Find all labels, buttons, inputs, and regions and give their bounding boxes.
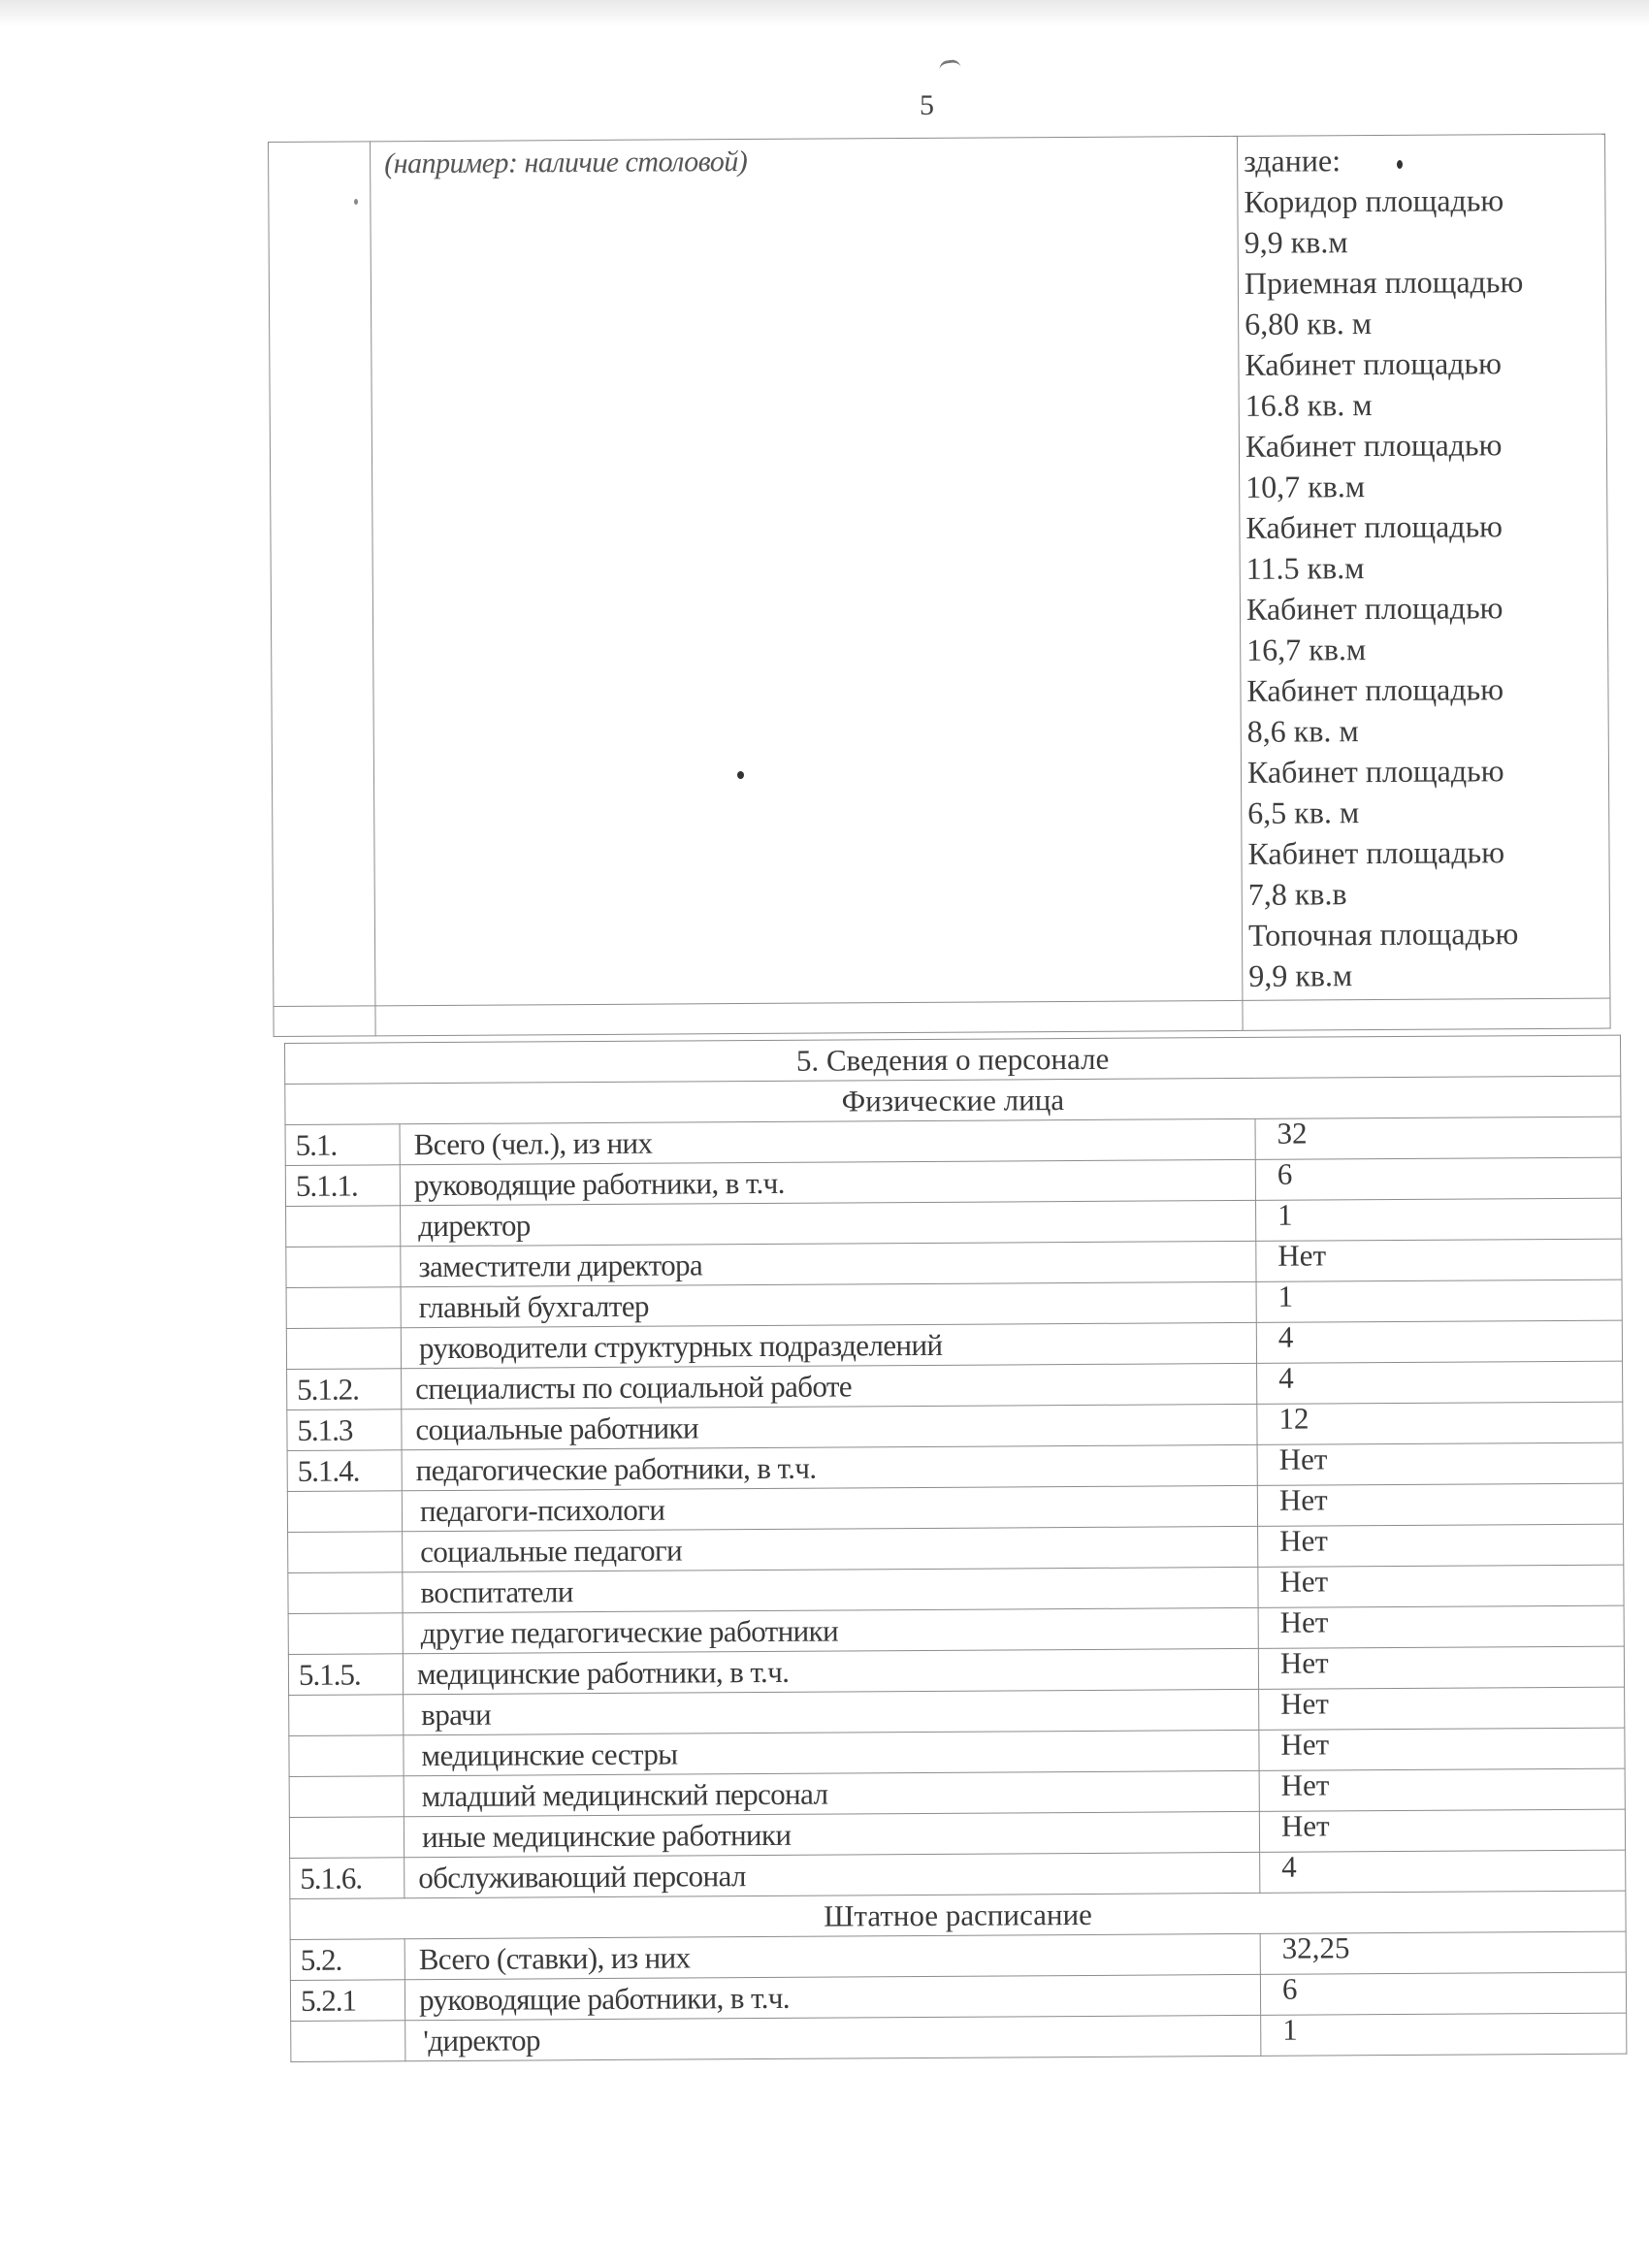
row-value: Нет xyxy=(1259,1768,1625,1811)
rooms-line: 9,9 кв.м xyxy=(1248,954,1605,996)
personnel-table: 5. Сведения о персонале Физические лица … xyxy=(284,1035,1627,2062)
row-number: 5.1.4. xyxy=(287,1450,402,1492)
rooms-line: 16,7 кв.м xyxy=(1246,628,1603,670)
row-value: Нет xyxy=(1257,1483,1623,1526)
row-label: 'директор xyxy=(405,2015,1261,2060)
rooms-line: Топочная площадью xyxy=(1248,913,1605,956)
row-value: 4 xyxy=(1257,1361,1623,1404)
row-number: 5.1.3 xyxy=(287,1409,402,1451)
rooms-line: Кабинет площадью xyxy=(1245,342,1601,385)
row-label: специалисты по социальной работе xyxy=(402,1363,1257,1409)
row-label: заместители директора xyxy=(401,1241,1256,1286)
facilities-example-label: (например: наличие столовой) xyxy=(371,137,1237,180)
row-number: 5.1.1. xyxy=(285,1165,400,1207)
rooms-line: Кабинет площадью xyxy=(1245,505,1602,548)
row-number xyxy=(289,1695,404,1736)
row-value: 6 xyxy=(1260,1972,1626,2015)
row-number xyxy=(288,1532,403,1573)
scan-speck xyxy=(354,199,358,205)
row-value: Нет xyxy=(1257,1442,1623,1485)
row-number xyxy=(289,1735,404,1777)
rooms-line: Коридор площадью xyxy=(1244,179,1600,222)
row-number xyxy=(286,1328,401,1370)
rooms-list: здание:Коридор площадью9,9 кв.мПриемная … xyxy=(1238,135,1609,1000)
row-number xyxy=(286,1206,401,1247)
scan-edge-shadow xyxy=(0,0,1649,27)
row-value: Нет xyxy=(1258,1524,1624,1567)
row-label: педагогические работники, в т.ч. xyxy=(402,1444,1257,1490)
facilities-rooms-cell: здание:Коридор площадью9,9 кв.мПриемная … xyxy=(1237,134,1609,1000)
page-number: 5 xyxy=(920,89,934,122)
scan-mark xyxy=(938,59,960,71)
rooms-line: Кабинет площадью xyxy=(1246,668,1603,711)
row-label: воспитатели xyxy=(403,1567,1258,1612)
row-label: Всего (чел.), из них xyxy=(400,1118,1255,1164)
blank-cell xyxy=(1243,998,1610,1030)
row-value: Нет xyxy=(1259,1728,1625,1770)
row-number: 5.1.5. xyxy=(288,1654,403,1696)
scan-speck xyxy=(737,771,744,779)
rooms-line: 16.8 кв. м xyxy=(1245,383,1602,426)
row-number xyxy=(288,1572,403,1614)
facilities-num-cell xyxy=(269,142,375,1007)
facilities-table: (например: наличие столовой) здание:Кори… xyxy=(268,134,1611,1037)
rooms-line: Кабинет площадью xyxy=(1246,587,1603,630)
row-value: Нет xyxy=(1259,1687,1625,1730)
row-label: педагоги-психологи xyxy=(402,1485,1257,1531)
rooms-line: 6,80 кв. м xyxy=(1245,302,1601,344)
row-label: Всего (ставки), из них xyxy=(404,1933,1260,1979)
row-value: 32,25 xyxy=(1260,1931,1626,1974)
row-number: 5.2. xyxy=(290,1939,404,1981)
rooms-line: Кабинет площадью xyxy=(1245,424,1602,467)
rooms-line: 11.5 кв.м xyxy=(1246,546,1603,589)
row-number xyxy=(286,1247,401,1288)
rooms-line: здание: xyxy=(1244,139,1600,181)
rooms-line: 7,8 кв.в xyxy=(1248,872,1605,915)
row-number xyxy=(288,1613,403,1655)
row-label: иные медицинские работники xyxy=(404,1811,1259,1857)
row-number xyxy=(289,1817,404,1859)
row-value: 4 xyxy=(1256,1320,1622,1363)
row-value: 12 xyxy=(1257,1402,1623,1444)
row-value: 6 xyxy=(1255,1157,1621,1200)
scan-speck xyxy=(1397,160,1403,169)
row-label: младший медицинский персонал xyxy=(404,1770,1259,1816)
row-value: 4 xyxy=(1260,1850,1626,1893)
row-value: Нет xyxy=(1258,1605,1624,1648)
row-value: 1 xyxy=(1256,1198,1622,1241)
blank-cell xyxy=(274,1006,375,1037)
rooms-line: 8,6 кв. м xyxy=(1247,709,1604,752)
row-value: Нет xyxy=(1256,1239,1622,1281)
row-label: врачи xyxy=(404,1689,1259,1734)
row-label: главный бухгалтер xyxy=(401,1281,1256,1327)
rooms-line: 9,9 кв.м xyxy=(1245,220,1601,263)
row-label: руководящие работники, в т.ч. xyxy=(404,1974,1260,2020)
rooms-line: Приемная площадью xyxy=(1245,261,1601,304)
row-label: социальные педагоги xyxy=(403,1526,1258,1571)
rooms-line: 10,7 кв.м xyxy=(1245,465,1602,507)
row-value: Нет xyxy=(1258,1646,1624,1689)
row-number xyxy=(291,2021,405,2062)
row-label: медицинские сестры xyxy=(404,1730,1259,1775)
row-label: директор xyxy=(401,1200,1256,1246)
table-row: 'директор1 xyxy=(291,2013,1627,2061)
row-number: 5.1.6. xyxy=(290,1858,404,1899)
rooms-line: 6,5 кв. м xyxy=(1247,791,1604,833)
row-number: 5.1.2. xyxy=(287,1369,402,1410)
row-value: 32 xyxy=(1255,1117,1621,1159)
row-value: Нет xyxy=(1258,1565,1624,1607)
row-number xyxy=(287,1491,402,1533)
row-number: 5.2.1 xyxy=(290,1980,404,2022)
row-label: руководящие работники, в т.ч. xyxy=(400,1159,1255,1205)
blank-cell xyxy=(375,1000,1243,1035)
row-label: обслуживающий персонал xyxy=(404,1852,1260,1897)
row-value: 1 xyxy=(1261,2013,1627,2056)
row-value: Нет xyxy=(1259,1809,1625,1852)
row-label: другие педагогические работники xyxy=(403,1607,1258,1653)
row-value: 1 xyxy=(1256,1280,1622,1322)
row-number xyxy=(286,1287,401,1329)
row-label: руководители структурных подразделений xyxy=(401,1322,1256,1368)
row-label: медицинские работники, в т.ч. xyxy=(403,1648,1258,1694)
facilities-row: (например: наличие столовой) здание:Кори… xyxy=(269,134,1610,1006)
facilities-description-cell: (например: наличие столовой) xyxy=(371,136,1243,1005)
row-number: 5.1. xyxy=(285,1124,400,1166)
rooms-line: Кабинет площадью xyxy=(1247,831,1604,874)
row-number xyxy=(289,1776,404,1818)
row-label: социальные работники xyxy=(402,1404,1257,1449)
rooms-line: Кабинет площадью xyxy=(1247,750,1604,793)
